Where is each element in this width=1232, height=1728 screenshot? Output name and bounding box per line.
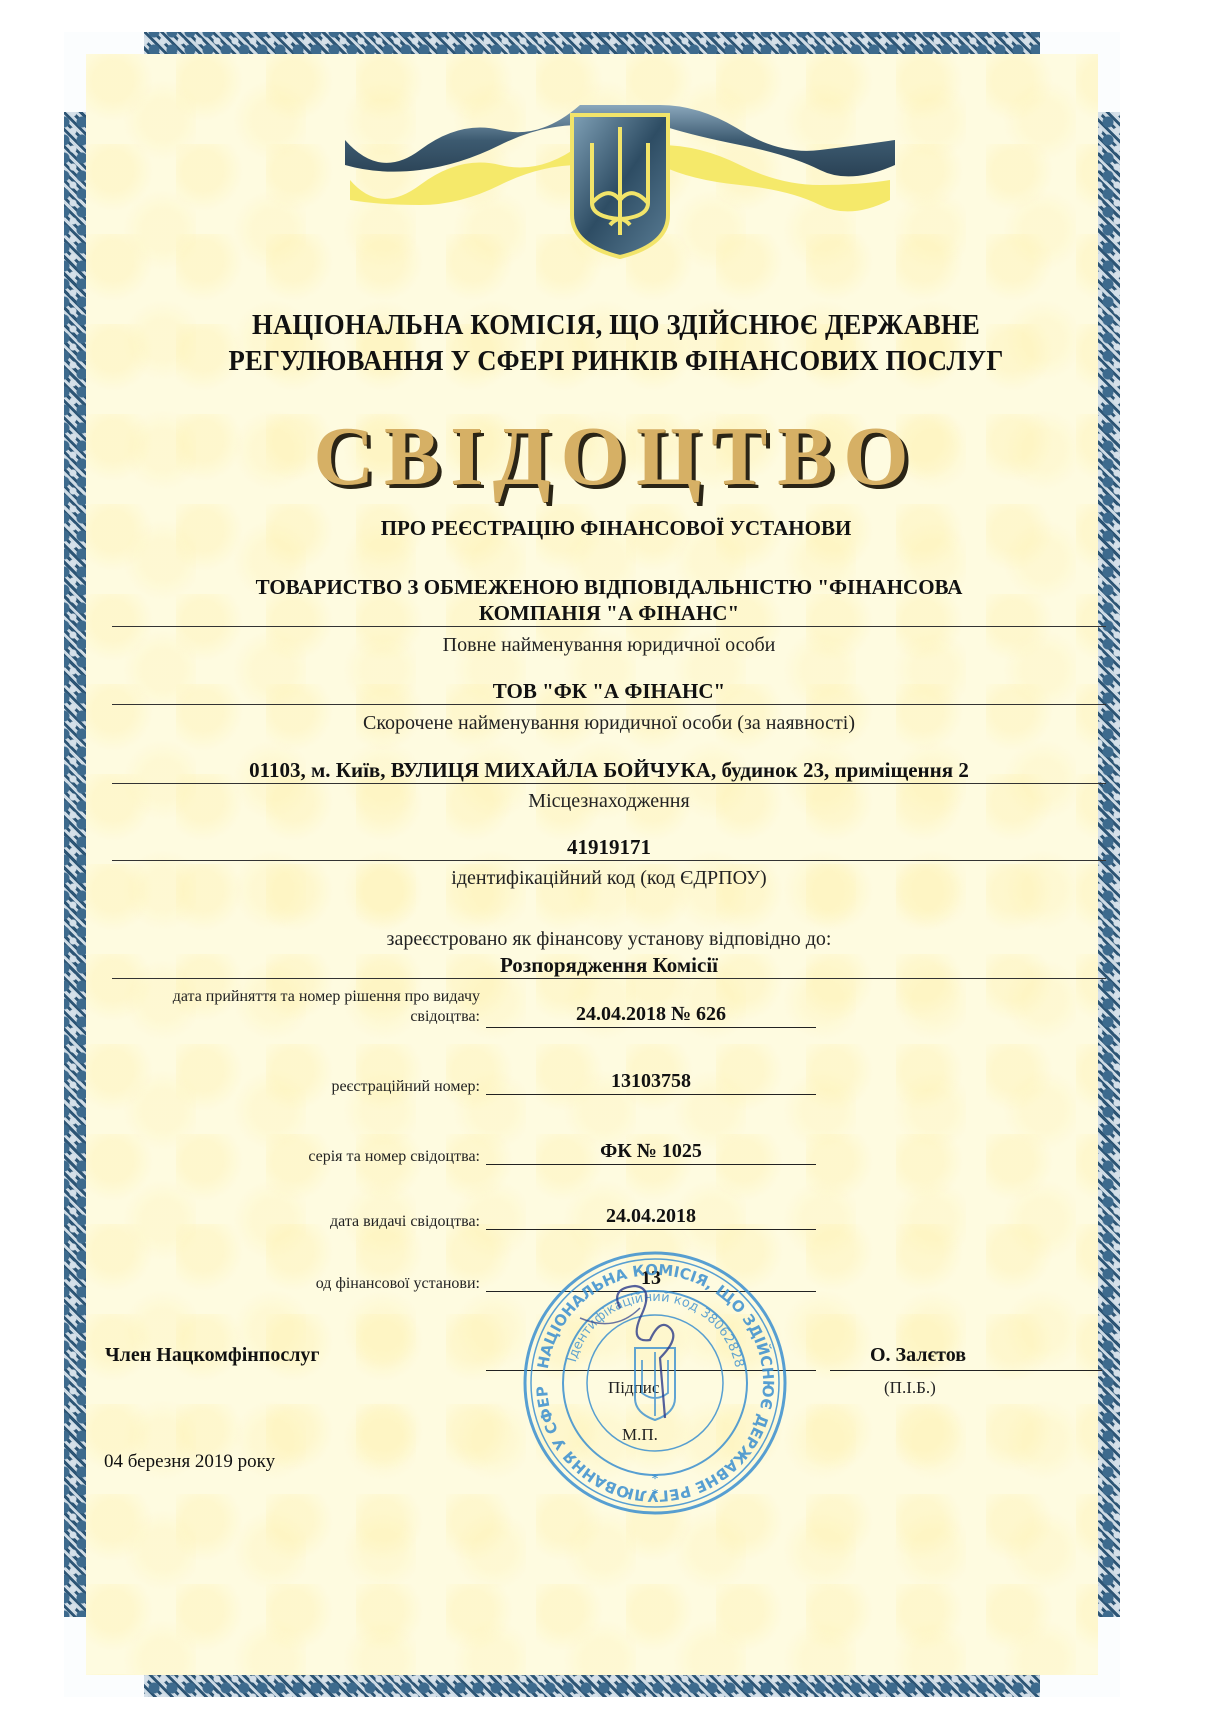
name-line	[830, 1370, 1102, 1371]
name-caption: (П.І.Б.)	[884, 1378, 936, 1398]
issue-date-value: 24.04.2018	[486, 1203, 816, 1230]
svg-text:НАЦІОНАЛЬНА КОМІСІЯ, ЩО ЗДІЙСН: НАЦІОНАЛЬНА КОМІСІЯ, ЩО ЗДІЙСНЮЄ ДЕРЖАВН…	[520, 1248, 777, 1505]
edrpou-caption: ідентифікаційний код (код ЄДРПОУ)	[112, 867, 1106, 890]
registration-number: 13103758	[486, 1068, 816, 1095]
short-name-value: ТОВ "ФК "А ФІНАНС"	[112, 678, 1106, 705]
detail-label: дата прийняття та номер рішення про вида…	[173, 987, 480, 1027]
full-name-value: ТОВАРИСТВО З ОБМЕЖЕНОЮ ВІДПОВІДАЛЬНІСТЮ …	[112, 574, 1106, 627]
detail-label: серія та номер свідоцтва:	[308, 1147, 480, 1167]
official-stamp-icon: НАЦІОНАЛЬНА КОМІСІЯ, ЩО ЗДІЙСНЮЄ ДЕРЖАВН…	[520, 1248, 790, 1518]
full-name-line-1: ТОВАРИСТВО З ОБМЕЖЕНОЮ ВІДПОВІДАЛЬНІСТЮ …	[112, 574, 1106, 600]
svg-text:*: *	[652, 1472, 659, 1487]
basis-value: Розпорядження Комісії	[112, 952, 1106, 979]
detail-label: реєстраційний номер:	[331, 1077, 480, 1097]
full-name-line-2: КОМПАНІЯ "А ФІНАНС"	[112, 600, 1106, 626]
signatory-name: О. Залєтов	[870, 1344, 966, 1367]
certificate-date: 04 березня 2019 року	[104, 1451, 275, 1473]
short-name-caption: Скорочене найменування юридичної особи (…	[112, 712, 1106, 735]
issuer-line-1: НАЦІОНАЛЬНА КОМІСІЯ, ЩО ЗДІЙСНЮЄ ДЕРЖАВН…	[141, 307, 1090, 343]
issuer-heading: НАЦІОНАЛЬНА КОМІСІЯ, ЩО ЗДІЙСНЮЄ ДЕРЖАВН…	[141, 307, 1090, 379]
certificate-series-number: ФК № 1025	[486, 1138, 816, 1165]
certificate-subtitle: ПРО РЕЄСТРАЦІЮ ФІНАНСОВОЇ УСТАНОВИ	[100, 516, 1132, 541]
decision-date-number: 24.04.2018 № 626	[486, 1001, 816, 1028]
address-value: 01103, м. Київ, ВУЛИЦЯ МИХАЙЛА БОЙЧУКА, …	[112, 757, 1106, 784]
certificate-title: СВІДОЦТВО	[100, 408, 1132, 505]
registered-as-text: зареєстровано як фінансову установу відп…	[112, 928, 1106, 951]
detail-label-line-2: свідоцтва:	[173, 1007, 480, 1027]
coat-of-arms-icon	[320, 85, 920, 285]
svg-text:*: *	[652, 1487, 659, 1502]
edrpou-value: 41919171	[112, 834, 1106, 861]
detail-label: дата видачі свідоцтва:	[330, 1212, 480, 1232]
detail-label: од фінансової установи:	[316, 1274, 480, 1294]
signatory-position: Член Нацкомфінпослуг	[105, 1344, 320, 1367]
issuer-line-2: РЕГУЛЮВАННЯ У СФЕРІ РИНКІВ ФІНАНСОВИХ ПО…	[141, 343, 1090, 379]
detail-label-line-1: дата прийняття та номер рішення про вида…	[173, 987, 480, 1007]
address-caption: Місцезнаходження	[112, 790, 1106, 813]
full-name-caption: Повне найменування юридичної особи	[112, 634, 1106, 657]
